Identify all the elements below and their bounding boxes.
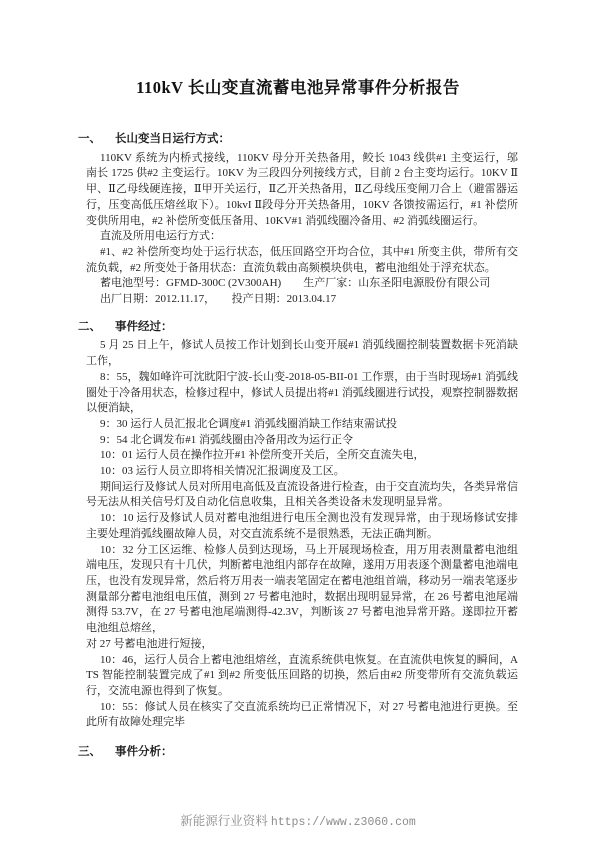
- watermark-url: https://www.z3060.com: [271, 816, 416, 829]
- paragraph: 8：55，魏如峰许可沈眈阳宁波-长山变-2018-05-BII-01 工作票，由…: [86, 370, 518, 417]
- paragraph: 10：03 运行人员立即将相关情况汇报调度及工区。: [86, 464, 518, 480]
- section-1-heading-row: 一、 长山变当日运行方式：: [78, 132, 518, 148]
- paragraph: 110KV 系统为内桥式接线，110KV 母分开关热备用，鲛长 1043 线供#…: [86, 151, 518, 230]
- paragraph: 10：10 运行及修试人员对蓄电池组进行电压全测也没有发现异常，由于现场修试安排…: [86, 511, 518, 542]
- section-number: 一、: [78, 132, 115, 148]
- section-heading: 事件分析：: [115, 745, 173, 761]
- paragraph: 对 27 号蓄电池进行短接，: [86, 637, 518, 653]
- paragraph: 期间运行及修试人员对所用电高低及直流设备进行检查，由于交直流均失，各类异常信号无…: [86, 480, 518, 511]
- paragraph: 出厂日期：2012.11.17， 投产日期：2013.04.17: [86, 292, 518, 308]
- section-3-heading-row: 三、 事件分析：: [78, 745, 518, 761]
- paragraph: 直流及所用电运行方式：: [86, 229, 518, 245]
- document-page: 110kV 长山变直流蓄电池异常事件分析报告 一、 长山变当日运行方式： 110…: [0, 0, 596, 842]
- section-heading: 事件经过：: [115, 320, 173, 336]
- paragraph: 10：01 运行人员在操作拉开#1 补偿所变开关后，全所交直流失电，: [86, 448, 518, 464]
- watermark-label: 新能源行业资料: [180, 814, 268, 828]
- section-2-heading-row: 二、 事件经过：: [78, 320, 518, 336]
- section-number: 二、: [78, 320, 115, 336]
- report-title: 110kV 长山变直流蓄电池异常事件分析报告: [0, 0, 596, 99]
- paragraph: 9：30 运行人员汇报北仑调度#1 消弧线圈消缺工作结束需试投: [86, 417, 518, 433]
- paragraph: 蓄电池型号：GFMD-300C (2V300AH) 生产厂家：山东圣阳电源股份有…: [86, 276, 518, 292]
- paragraph: #1、#2 补偿所变均处于运行状态，低压回路空开均合位，其中#1 所变主供，带所…: [86, 245, 518, 276]
- paragraph: 9：54 北仑调发布#1 消弧线圈由冷备用改为运行正令: [86, 433, 518, 449]
- section-number: 三、: [78, 745, 115, 761]
- paragraph: 5 月 25 日上午，修试人员按工作计划到长山变开展#1 消弧线圈控制装置数据卡…: [86, 338, 518, 369]
- paragraph: 10：46，运行人员合上蓄电池组熔丝，直流系统供电恢复。在直流供电恢复的瞬间，A…: [86, 653, 518, 700]
- paragraph: 10：32 分工区运维、检修人员到达现场，马上开展现场检查，用万用表测量蓄电池组…: [86, 543, 518, 637]
- paragraph: 10：55：修试人员在核实了交直流系统均已正常情况下，对 27 号蓄电池进行更换…: [86, 700, 518, 731]
- section-heading: 长山变当日运行方式：: [115, 132, 230, 148]
- watermark: 新能源行业资料 https://www.z3060.com: [0, 813, 596, 831]
